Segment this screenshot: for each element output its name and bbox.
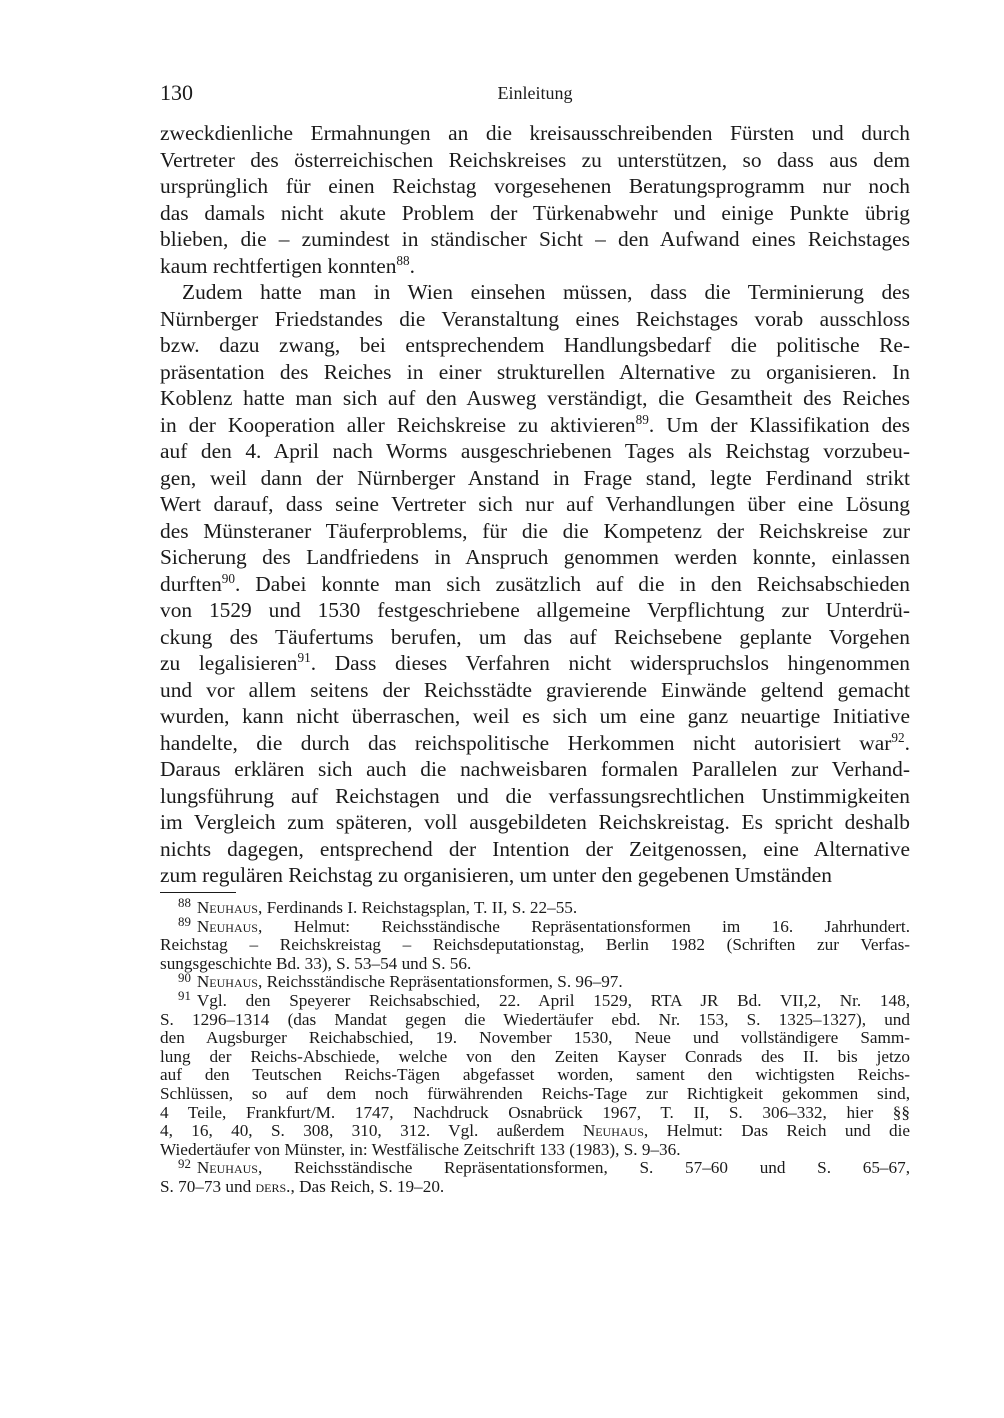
footnote-number: 91 <box>178 989 191 1003</box>
footnote-line: Reichstag – Reichskreistag – Reichsdeput… <box>160 936 910 955</box>
footnote-line: S. 70–73 und ders., Das Reich, S. 19–20. <box>160 1178 910 1197</box>
running-title: Einleitung <box>160 83 910 104</box>
body-line: handelte, die durch das reichspolitische… <box>160 730 910 757</box>
footnote-88: 88Neuhaus, Ferdinands I. Reichstagsplan,… <box>160 899 910 918</box>
footnote-line: auf den Teutschen Reichs-Tägen abgefasse… <box>160 1066 910 1085</box>
footnote-reference[interactable]: 91 <box>297 650 310 665</box>
body-line: und vor allem seitens der Reichsstädte g… <box>160 677 910 704</box>
body-line: Daraus erklären sich auch die nachweisba… <box>160 756 910 783</box>
footnote-line: lung der Reichs-Abschiede, welche von de… <box>160 1048 910 1067</box>
body-line: des Münsteraner Täuferproblems, für die … <box>160 518 910 545</box>
body-line: Zudem hatte man in Wien einsehen müssen,… <box>160 279 910 306</box>
body-text: zweckdienliche Ermahnungen an die kreisa… <box>160 120 910 889</box>
body-line: nichts dagegen, entsprechend der Intenti… <box>160 836 910 863</box>
footnote-line: 91Vgl. den Speyerer Reichsabschied, 22. … <box>160 992 910 1011</box>
author-name: Neuhaus <box>197 972 258 991</box>
author-name: Neuhaus <box>197 1158 258 1177</box>
footnote-rule <box>160 892 236 893</box>
running-head: 130 Einleitung <box>160 80 910 108</box>
body-line: Nürnberger Friedstandes die Veranstaltun… <box>160 306 910 333</box>
footnote-number: 89 <box>178 915 191 929</box>
footnote-line: 4, 16, 40, S. 308, 310, 312. Vgl. außerd… <box>160 1122 910 1141</box>
body-line: zum regulären Reichstag zu organisieren,… <box>160 862 910 889</box>
footnote-line: S. 1296–1314 (das Mandat gegen die Wiede… <box>160 1011 910 1030</box>
footnote-number: 88 <box>178 896 191 910</box>
footnote-reference[interactable]: 90 <box>222 570 235 585</box>
author-name: Neuhaus <box>583 1121 644 1140</box>
body-line: Koblenz hatte man sich auf den Ausweg ve… <box>160 385 910 412</box>
body-line: durften90. Dabei konnte man sich zusätzl… <box>160 571 910 598</box>
footnote-reference[interactable]: 88 <box>396 252 409 267</box>
body-line: ckung des Täufertums berufen, um das auf… <box>160 624 910 651</box>
body-line: präsentation des Reiches in einer strukt… <box>160 359 910 386</box>
footnote-number: 92 <box>178 1157 191 1171</box>
body-line: von 1529 und 1530 festgeschriebene allge… <box>160 597 910 624</box>
body-line: lungsführung auf Reichstagen und die ver… <box>160 783 910 810</box>
footnote-line: 90Neuhaus, Reichsständische Repräsentati… <box>160 973 910 992</box>
footnote-90: 90Neuhaus, Reichsständische Repräsentati… <box>160 973 910 992</box>
body-line: wurden, kann nicht überraschen, weil es … <box>160 703 910 730</box>
footnote-line: den Augsburger Reichabschied, 19. Novemb… <box>160 1029 910 1048</box>
footnote-reference[interactable]: 92 <box>891 729 904 744</box>
body-line: blieben, die – zumindest in ständischer … <box>160 226 910 253</box>
footnotes: 88Neuhaus, Ferdinands I. Reichstagsplan,… <box>160 899 910 1197</box>
body-line: das damals nicht akute Problem der Türke… <box>160 200 910 227</box>
footnote-line: Schlüssen, so auf dem noch fürwährenden … <box>160 1085 910 1104</box>
footnote-line: Wiedertäufer von Münster, in: Westfälisc… <box>160 1141 910 1160</box>
body-line: kaum rechtfertigen konnten88. <box>160 253 910 280</box>
body-line: Vertreter des österreichischen Reichskre… <box>160 147 910 174</box>
footnote-number: 90 <box>178 971 191 985</box>
footnote-line: 89Neuhaus, Helmut: Reichsständische Repr… <box>160 918 910 937</box>
body-line: Wert darauf, dass seine Vertreter sich n… <box>160 491 910 518</box>
body-line: in der Kooperation aller Reichskreise zu… <box>160 412 910 439</box>
body-line: zu legalisieren91. Dass dieses Verfahren… <box>160 650 910 677</box>
body-line: Sicherung des Landfriedens in Anspruch g… <box>160 544 910 571</box>
body-line: ursprünglich für einen Reichstag vorgese… <box>160 173 910 200</box>
body-line: bzw. dazu zwang, bei entsprechendem Hand… <box>160 332 910 359</box>
body-line: im Vergleich zum späteren, voll ausgebil… <box>160 809 910 836</box>
footnote-line: 88Neuhaus, Ferdinands I. Reichstagsplan,… <box>160 899 910 918</box>
footnote-reference[interactable]: 89 <box>636 411 649 426</box>
footnote-89: 89Neuhaus, Helmut: Reichsständische Repr… <box>160 918 910 974</box>
author-name: ders. <box>256 1177 291 1196</box>
footnote-91: 91Vgl. den Speyerer Reichsabschied, 22. … <box>160 992 910 1159</box>
body-line: gen, weil dann der Nürnberger Anstand in… <box>160 465 910 492</box>
footnote-line: 92Neuhaus, Reichsständische Repräsentati… <box>160 1159 910 1178</box>
footnote-92: 92Neuhaus, Reichsständische Repräsentati… <box>160 1159 910 1196</box>
body-line: auf den 4. April nach Worms ausgeschrieb… <box>160 438 910 465</box>
footnote-line: 4 Teile, Frankfurt/M. 1747, Nachdruck Os… <box>160 1104 910 1123</box>
author-name: Neuhaus <box>197 917 258 936</box>
body-line: zweckdienliche Ermahnungen an die kreisa… <box>160 120 910 147</box>
footnote-line: sungsgeschichte Bd. 33), S. 53–54 und S.… <box>160 955 910 974</box>
author-name: Neuhaus <box>197 898 258 917</box>
